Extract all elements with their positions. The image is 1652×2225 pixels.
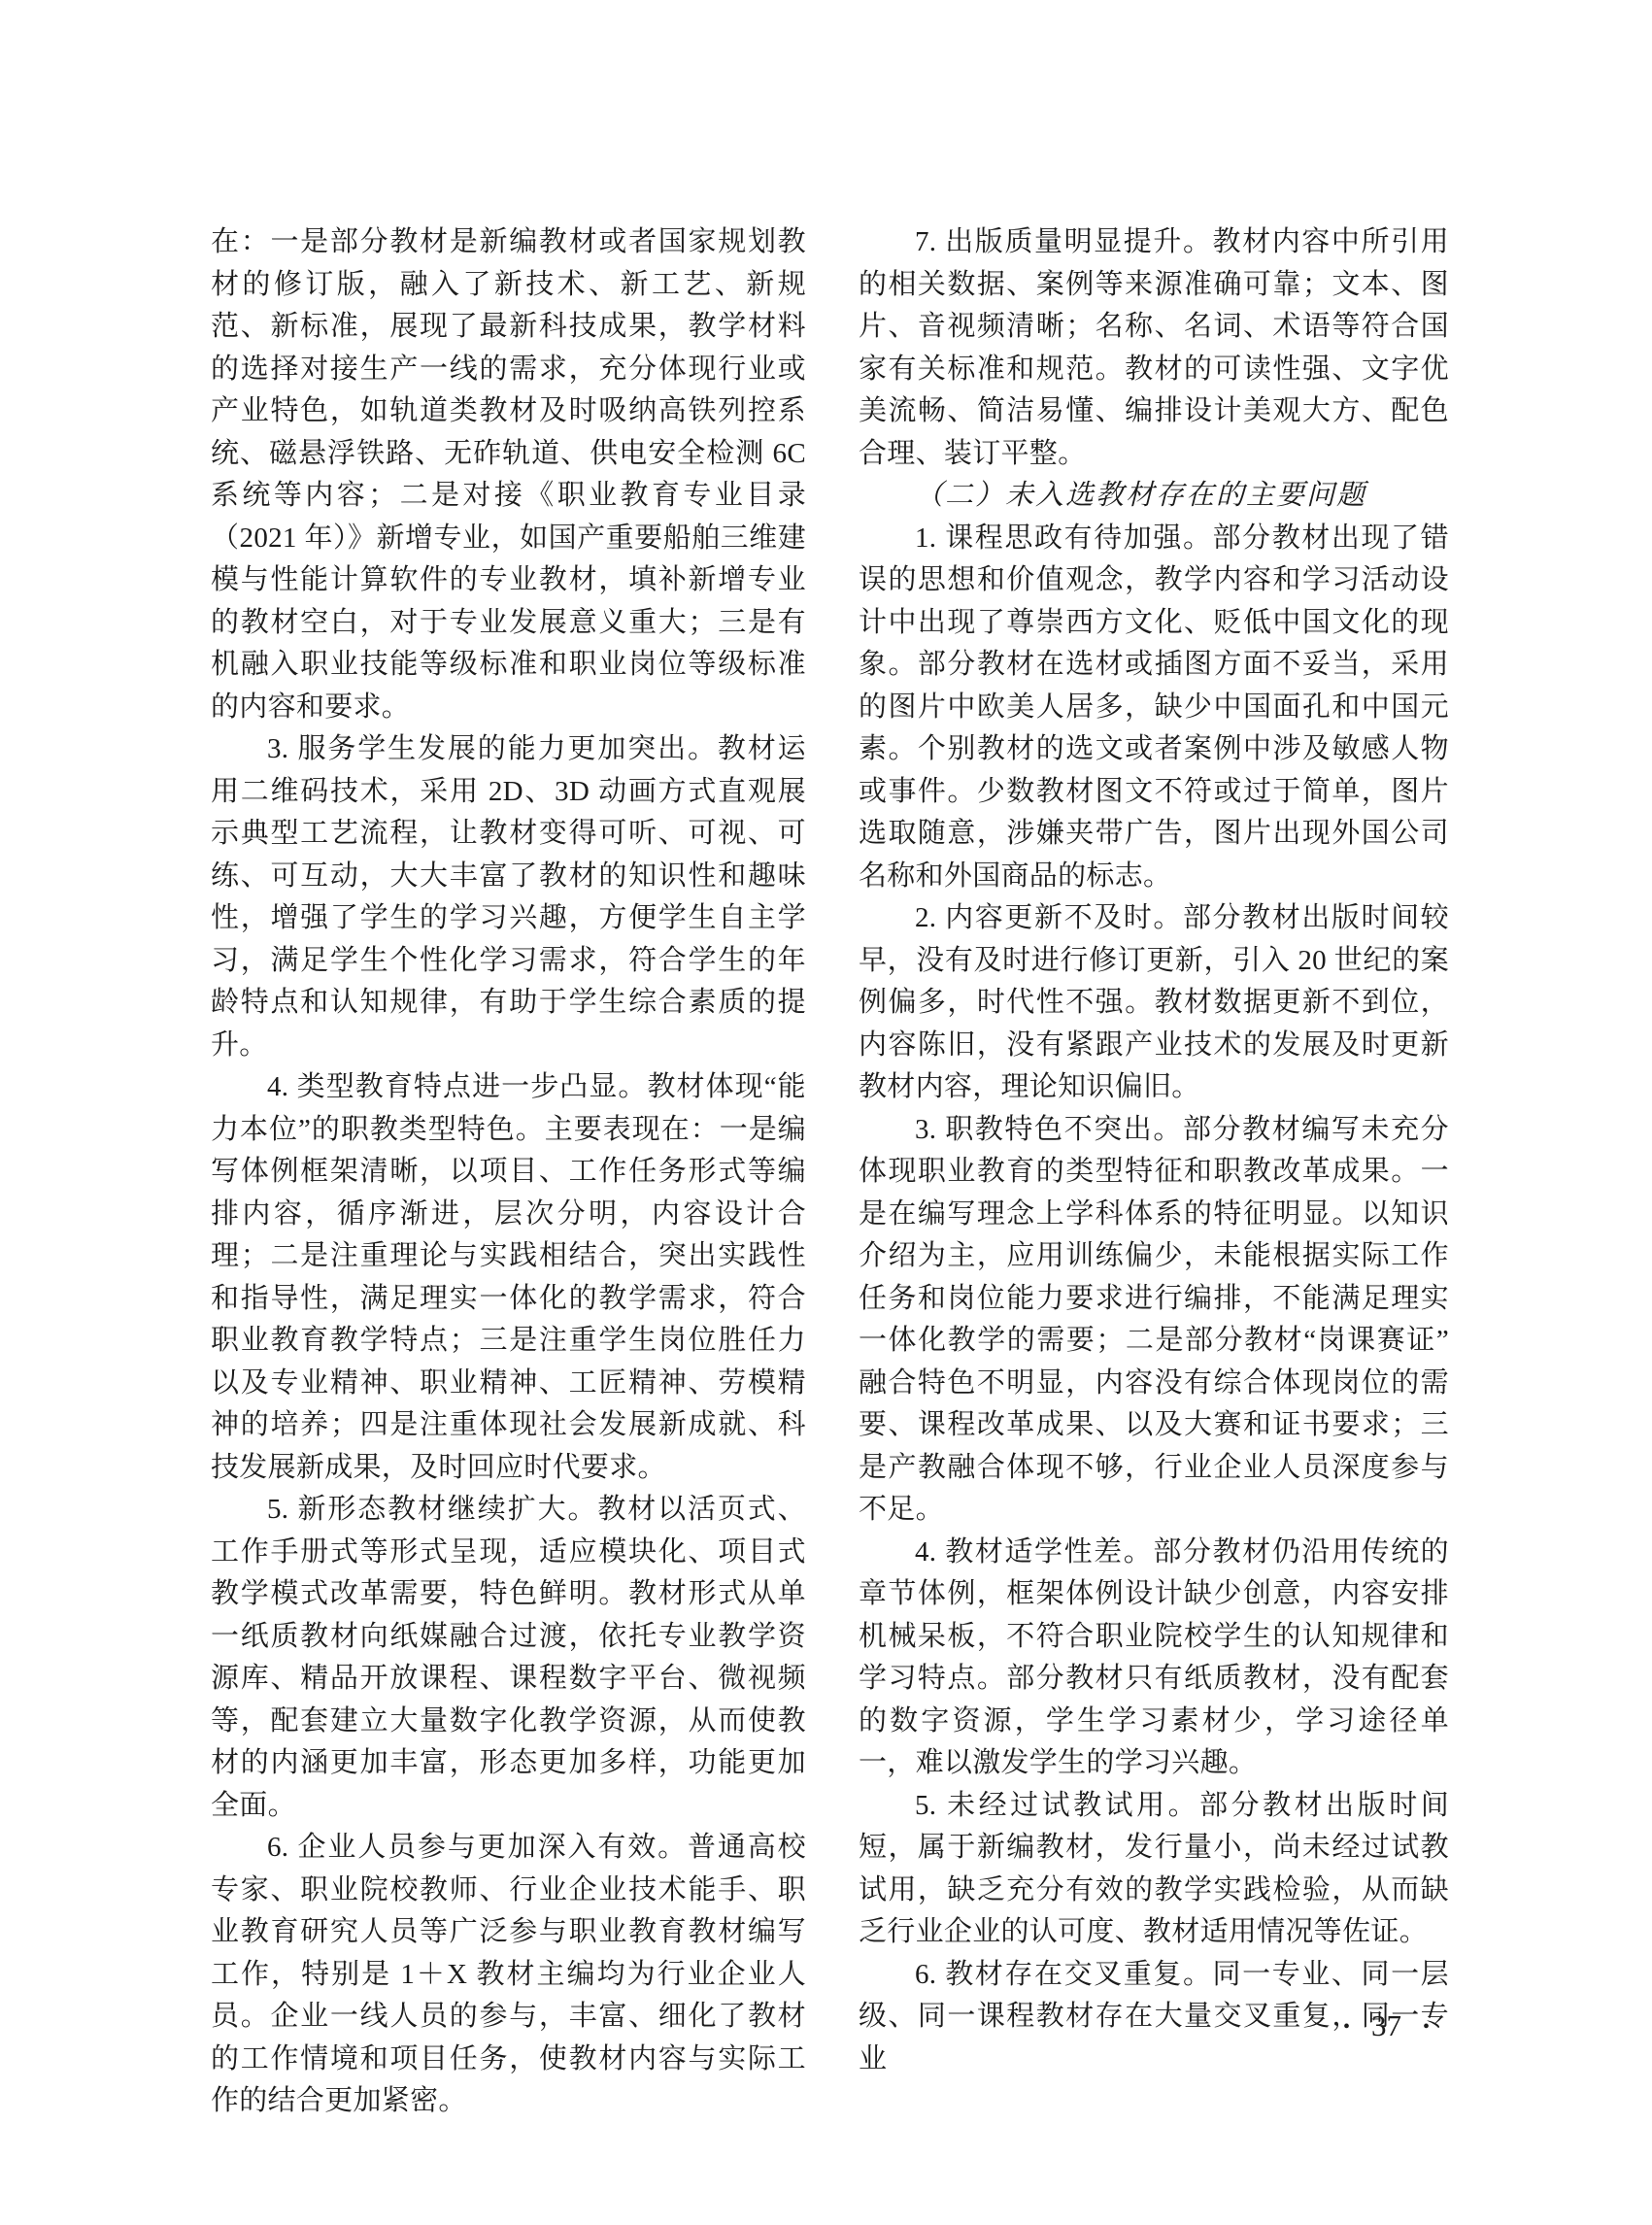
page-number-left-dot: •: [1343, 2017, 1350, 2037]
section-heading-2: （二）未入选教材存在的主要问题: [859, 475, 1449, 518]
right-column: 7. 出版质量明显提升。教材内容中所引用的相关数据、案例等来源准确可靠；文本、图…: [859, 221, 1449, 2123]
para-point-7: 7. 出版质量明显提升。教材内容中所引用的相关数据、案例等来源准确可靠；文本、图…: [859, 221, 1449, 475]
page-number-right-dot: •: [1423, 2017, 1430, 2037]
para-point-6: 6. 企业人员参与更加深入有效。普通高校专家、职业院校教师、行业企业技术能手、职…: [211, 1827, 806, 2123]
para-issue-1: 1. 课程思政有待加强。部分教材出现了错误的思想和价值观念，教学内容和学习活动设…: [859, 518, 1449, 898]
document-page: 在：一是部分教材是新编教材或者国家规划教材的修订版，融入了新技术、新工艺、新规范…: [0, 0, 1652, 2225]
para-issue-2: 2. 内容更新不及时。部分教材出版时间较早，没有及时进行修订更新，引入 20 世…: [859, 897, 1449, 1109]
para-continuation: 在：一是部分教材是新编教材或者国家规划教材的修订版，融入了新技术、新工艺、新规范…: [211, 221, 806, 728]
two-column-text-area: 在：一是部分教材是新编教材或者国家规划教材的修订版，融入了新技术、新工艺、新规范…: [211, 221, 1449, 2123]
page-number: • 37 •: [1343, 2008, 1430, 2043]
left-column: 在：一是部分教材是新编教材或者国家规划教材的修订版，融入了新技术、新工艺、新规范…: [211, 221, 806, 2123]
para-issue-3: 3. 职教特色不突出。部分教材编写未充分体现职业教育的类型特征和职教改革成果。一…: [859, 1109, 1449, 1532]
para-issue-5: 5. 未经过试教试用。部分教材出版时间短，属于新编教材，发行量小，尚未经过试教试…: [859, 1785, 1449, 1954]
para-point-5: 5. 新形态教材继续扩大。教材以活页式、工作手册式等形式呈现，适应模块化、项目式…: [211, 1489, 806, 1827]
para-point-3: 3. 服务学生发展的能力更加突出。教材运用二维码技术，采用 2D、3D 动画方式…: [211, 728, 806, 1066]
page-number-value: 37: [1371, 2008, 1401, 2043]
para-issue-4: 4. 教材适学性差。部分教材仍沿用传统的章节体例，框架体例设计缺少创意，内容安排…: [859, 1532, 1449, 1785]
para-point-4: 4. 类型教育特点进一步凸显。教材体现“能力本位”的职教类型特色。主要表现在：一…: [211, 1066, 806, 1489]
